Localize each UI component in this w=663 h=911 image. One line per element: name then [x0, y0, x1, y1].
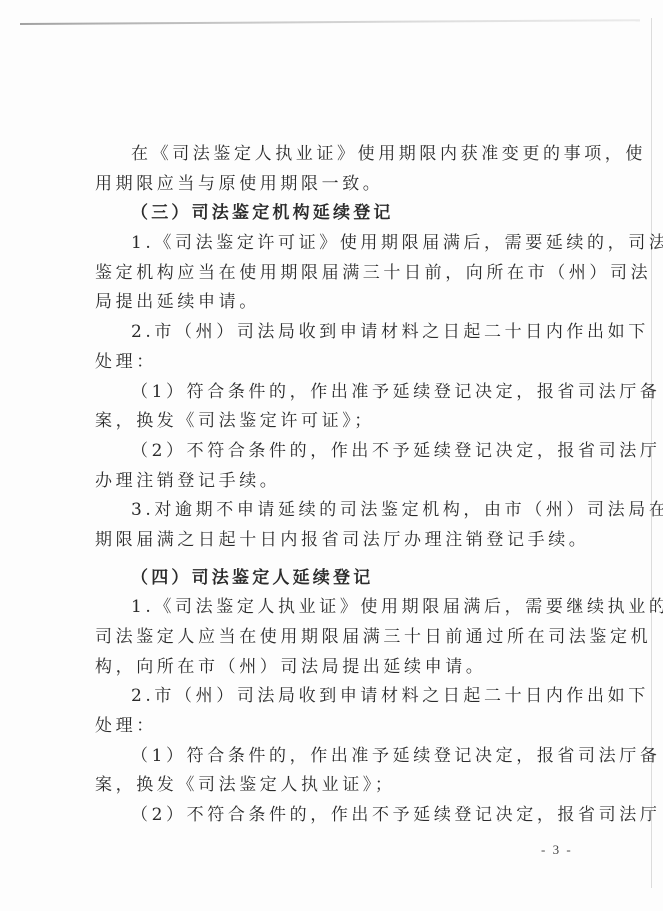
section-heading-4: （四）司法鉴定人延续登记 [95, 564, 575, 594]
paragraph-line: 2.市（州）司法局收到申请材料之日起二十日内作出如下 [95, 682, 575, 712]
page-number: - 3 - [541, 842, 573, 858]
paragraph-line: （2）不符合条件的，作出不予延续登记决定，报省司法厅 [95, 801, 575, 831]
paragraph-line: 处理： [95, 712, 575, 742]
paragraph-line: （1）符合条件的，作出准予延续登记决定，报省司法厅备 [95, 742, 575, 772]
paragraph-line: 期限届满之日起十日内报省司法厅办理注销登记手续。 [95, 526, 575, 556]
paragraph-line: 1.《司法鉴定人执业证》使用期限届满后，需要继续执业的， [95, 593, 575, 623]
paragraph-line: 司法鉴定人应当在使用期限届满三十日前通过所在司法鉴定机 [95, 623, 575, 653]
paragraph-line: 1.《司法鉴定许可证》使用期限届满后，需要延续的，司法 [95, 229, 575, 259]
scanned-page: 在《司法鉴定人执业证》使用期限内获准变更的事项，使 用期限应当与原使用期限一致。… [0, 0, 663, 911]
paragraph-line: 案，换发《司法鉴定人执业证》； [95, 771, 575, 801]
document-body: 在《司法鉴定人执业证》使用期限内获准变更的事项，使 用期限应当与原使用期限一致。… [95, 140, 575, 831]
scan-top-edge-line [20, 19, 640, 25]
paragraph-line: 鉴定机构应当在使用期限届满三十日前，向所在市（州）司法 [95, 259, 575, 289]
paragraph-line: 在《司法鉴定人执业证》使用期限内获准变更的事项，使 [95, 140, 575, 170]
section-heading-3: （三）司法鉴定机构延续登记 [95, 199, 575, 229]
paragraph-line: 构，向所在市（州）司法局提出延续申请。 [95, 653, 575, 683]
paragraph-line: 办理注销登记手续。 [95, 467, 575, 497]
paragraph-line: （1）符合条件的，作出准予延续登记决定，报省司法厅备 [95, 378, 575, 408]
paragraph-line: 2.市（州）司法局收到申请材料之日起二十日内作出如下 [95, 318, 575, 348]
paragraph-line: （2）不符合条件的，作出不予延续登记决定，报省司法厅 [95, 437, 575, 467]
paragraph-line: 处理： [95, 348, 575, 378]
paragraph-line: 3.对逾期不申请延续的司法鉴定机构，由市（州）司法局在 [95, 496, 575, 526]
paragraph-line: 用期限应当与原使用期限一致。 [95, 170, 575, 200]
paragraph-line: 案，换发《司法鉴定许可证》； [95, 407, 575, 437]
paragraph-line: 局提出延续申请。 [95, 288, 575, 318]
